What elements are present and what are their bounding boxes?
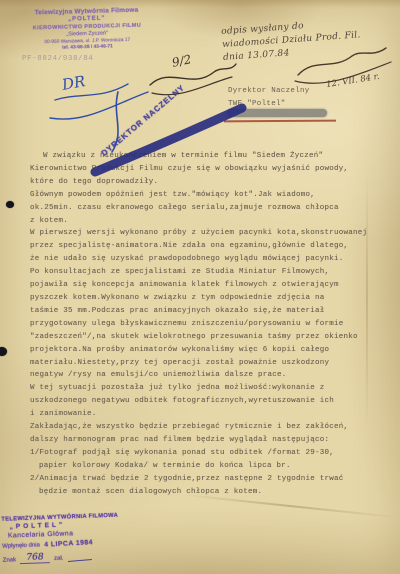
blacked-out-name	[227, 109, 327, 117]
addressee-title: Dyrektor Naczelny	[228, 85, 310, 98]
body-text: W związku z nieukończeniem w terminie fi…	[30, 150, 392, 498]
body-line: pyszczek kotem.Wykonano w związku z tym …	[30, 292, 392, 305]
handwritten-case-number: 9/2	[171, 52, 193, 70]
body-line: dalszy harmonogram prac nad filmem będzi…	[30, 434, 392, 447]
body-line: projektora.Na prośby animatorów wykonali…	[30, 344, 392, 357]
handwritten-note: odpis wysłany dowiadomości Działu Prod. …	[221, 14, 395, 65]
body-line: W tej sytuacji pozostała już tylko jedna…	[30, 382, 392, 395]
body-line: papier kolorowy Kodaka/ w terminie do ko…	[30, 460, 392, 473]
body-line: negatyw /rysy na emulsji/co uniemożliwia…	[30, 369, 392, 382]
receipt-ref-row: Znak 768 zał.	[2, 547, 158, 563]
scanned-letter: Telewizyjna Wytwórnia Filmowa „POLTEL” K…	[0, 0, 400, 574]
body-line: Zakładając,że wszystko będzie przebiegać…	[30, 421, 392, 434]
body-line: W związku z nieukończeniem w terminie fi…	[30, 150, 392, 163]
body-line: "zadeszczeń"/,na skutek wielokrotnego pr…	[30, 331, 392, 344]
handwritten-date: 12. VII. 84 r.	[326, 72, 381, 90]
body-line: Po konsultacjach ze specjalistami ze Stu…	[30, 266, 392, 279]
body-line: Kierownictwo Produkcji Filmu czuje się w…	[30, 163, 392, 176]
body-line: taśmie 35 mm.Podczas prac animacyjnych o…	[30, 305, 392, 318]
receipt-stamp: TELEWIZYJNA WYTWÓRNIA FILMOWA „POLTEL” K…	[1, 511, 159, 563]
znak-label: Znak	[3, 557, 17, 563]
blue-signature-stroke	[50, 92, 148, 119]
received-label: Wpłynęło dnia	[2, 542, 40, 549]
attachments-label: zał.	[54, 556, 64, 562]
margin-dot	[0, 347, 7, 356]
attachments-dash	[67, 555, 91, 562]
body-line: uszkodzonego negatywu odbitek fotografic…	[30, 395, 392, 408]
body-line: przygotowany ulega błyskawicznemu zniszc…	[30, 318, 392, 331]
reference-number: PF-8824/938/84	[22, 55, 93, 63]
margin-dot	[6, 201, 14, 208]
received-date: 4 LIPCA 1984	[44, 539, 93, 549]
addressee-block: Dyrektor Naczelny TWF "Poltel"	[228, 85, 310, 111]
red-underline	[224, 120, 336, 123]
paper-crease	[366, 170, 368, 430]
body-line: Głównym powodem opóźnień jest tzw."mówią…	[30, 189, 392, 202]
body-line: że nie udało się uzyskać prawdopodobnego…	[30, 253, 392, 266]
body-line: W pierwszej wersji wykonano próby z użyc…	[30, 227, 392, 240]
body-line: które do tego doprowadziły.	[30, 176, 392, 189]
body-line: 2/Animacja trwać będzie 2 tygodnie,przez…	[30, 473, 392, 486]
sender-stamp: Telewizyjna Wytwórnia Filmowa „POLTEL” K…	[15, 6, 158, 52]
body-line: ok.25min. czasu ekranowego całego serial…	[30, 202, 392, 215]
handwritten-dr-initials: DR	[61, 72, 87, 94]
body-line: przez specjalistę-animatora.Nie zdała on…	[30, 240, 392, 253]
body-line: materiału.Niestety,przy tej operacji zos…	[30, 357, 392, 370]
body-line: pojawiła się koncepcja animowania klatek…	[30, 279, 392, 292]
znak-value: 768	[20, 552, 50, 564]
body-line: z kotem.	[30, 215, 392, 228]
body-line: i zanimowanie.	[30, 408, 392, 421]
body-line: 1/Fotograf podjął się wykonania ponad st…	[30, 447, 392, 460]
